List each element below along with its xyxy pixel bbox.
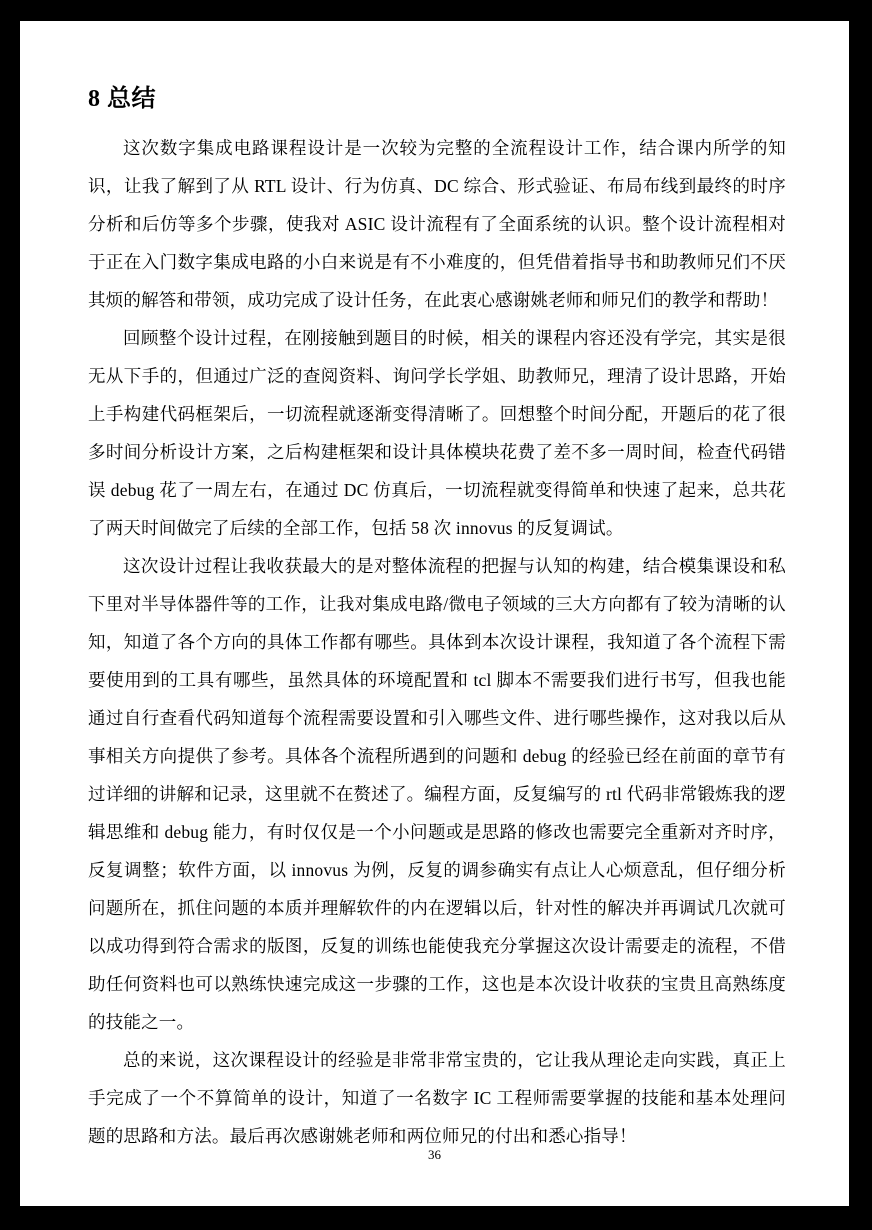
document-page: 8 总结 这次数字集成电路课程设计是一次较为完整的全流程设计工作，结合课内所学的… <box>20 21 849 1206</box>
document-canvas: { "page": { "heading": "8 总结", "page_num… <box>0 0 872 1230</box>
section-heading: 8 总结 <box>88 83 786 115</box>
page-number: 36 <box>20 1147 849 1163</box>
page-content: 8 总结 这次数字集成电路课程设计是一次较为完整的全流程设计工作，结合课内所学的… <box>88 83 786 1155</box>
paragraph: 回顾整个设计过程，在刚接触到题目的时候，相关的课程内容还没有学完，其实是很无从下… <box>88 319 786 547</box>
paragraph: 这次数字集成电路课程设计是一次较为完整的全流程设计工作，结合课内所学的知识，让我… <box>88 129 786 319</box>
paragraph: 这次设计过程让我收获最大的是对整体流程的把握与认知的构建，结合模集课设和私下里对… <box>88 547 786 1041</box>
body-text: 这次数字集成电路课程设计是一次较为完整的全流程设计工作，结合课内所学的知识，让我… <box>88 129 786 1155</box>
paragraph: 总的来说，这次课程设计的经验是非常非常宝贵的，它让我从理论走向实践，真正上手完成… <box>88 1041 786 1155</box>
